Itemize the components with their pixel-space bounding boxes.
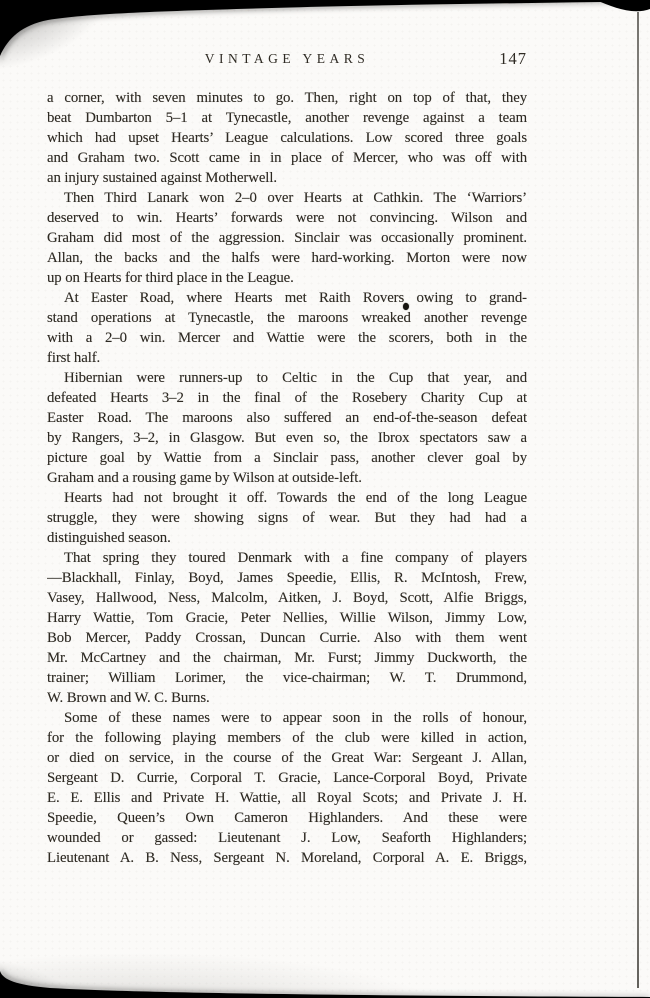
text-line: stand operations at Tynecastle, the maro…	[47, 308, 527, 328]
text-line: for the following playing members of the…	[47, 728, 527, 748]
text-line: up on Hearts for third place in the Leag…	[47, 268, 527, 288]
text-line: a corner, with seven minutes to go. Then…	[47, 88, 527, 108]
book-page-scan: VINTAGE YEARS 147 a corner, with seven m…	[0, 0, 650, 998]
text-line: struggle, they were showing signs of wea…	[47, 508, 527, 528]
text-line: with a 2–0 win. Mercer and Wattie were t…	[47, 328, 527, 348]
text-line: Easter Road. The maroons also suffered a…	[47, 408, 527, 428]
text-line: picture goal by Wattie from a Sinclair p…	[47, 448, 527, 468]
text-line: by Rangers, 3–2, in Glasgow. But even so…	[47, 428, 527, 448]
text-line: Harry Wattie, Tom Gracie, Peter Nellies,…	[47, 608, 527, 628]
text-line: defeated Hearts 3–2 in the final of the …	[47, 388, 527, 408]
text-line: and Graham two. Scott came in in place o…	[47, 148, 527, 168]
text-line: E. E. Ellis and Private H. Wattie, all R…	[47, 788, 527, 808]
text-line: Hibernian were runners-up to Celtic in t…	[47, 368, 527, 388]
text-line: That spring they toured Denmark with a f…	[47, 548, 527, 568]
scan-bottom-edge-shadow	[0, 953, 650, 998]
text-line: At Easter Road, where Hearts met Raith R…	[47, 288, 527, 308]
text-line: which had upset Hearts’ League calculati…	[47, 128, 527, 148]
text-line: W. Brown and W. C. Burns.	[47, 688, 527, 708]
text-line: Vasey, Hallwood, Ness, Malcolm, Aitken, …	[47, 588, 527, 608]
text-line: Then Third Lanark won 2–0 over Hearts at…	[47, 188, 527, 208]
text-line: Speedie, Queen’s Own Cameron Highlanders…	[47, 808, 527, 828]
page-text: a corner, with seven minutes to go. Then…	[47, 88, 527, 868]
text-line: —Blackhall, Finlay, Boyd, James Speedie,…	[47, 568, 527, 588]
text-line: or died on service, in the course of the…	[47, 748, 527, 768]
text-line: Hearts had not brought it off. Towards t…	[47, 488, 527, 508]
text-line: Lieutenant A. B. Ness, Sergeant N. Morel…	[47, 848, 527, 868]
text-line: Bob Mercer, Paddy Crossan, Duncan Currie…	[47, 628, 527, 648]
text-line: an injury sustained against Motherwell.	[47, 168, 527, 188]
text-line: beat Dumbarton 5–1 at Tynecastle, anothe…	[47, 108, 527, 128]
text-line: wounded or gassed: Lieutenant J. Low, Se…	[47, 828, 527, 848]
text-line: Sergeant D. Currie, Corporal T. Gracie, …	[47, 768, 527, 788]
text-line: Graham did most of the aggression. Sincl…	[47, 228, 527, 248]
text-line: deserved to win. Hearts’ forwards were n…	[47, 208, 527, 228]
scan-top-edge-shadow	[0, 0, 650, 70]
text-line: Graham and a rousing game by Wilson at o…	[47, 468, 527, 488]
text-line: Some of these names were to appear soon …	[47, 708, 527, 728]
text-line: first half.	[47, 348, 527, 368]
text-line: distinguished season.	[47, 528, 527, 548]
text-line: Mr. McCartney and the chairman, Mr. Furs…	[47, 648, 527, 668]
text-line: Allan, the backs and the halfs were hard…	[47, 248, 527, 268]
text-line: trainer; William Lorimer, the vice-chair…	[47, 668, 527, 688]
page-edge-line	[637, 12, 639, 988]
